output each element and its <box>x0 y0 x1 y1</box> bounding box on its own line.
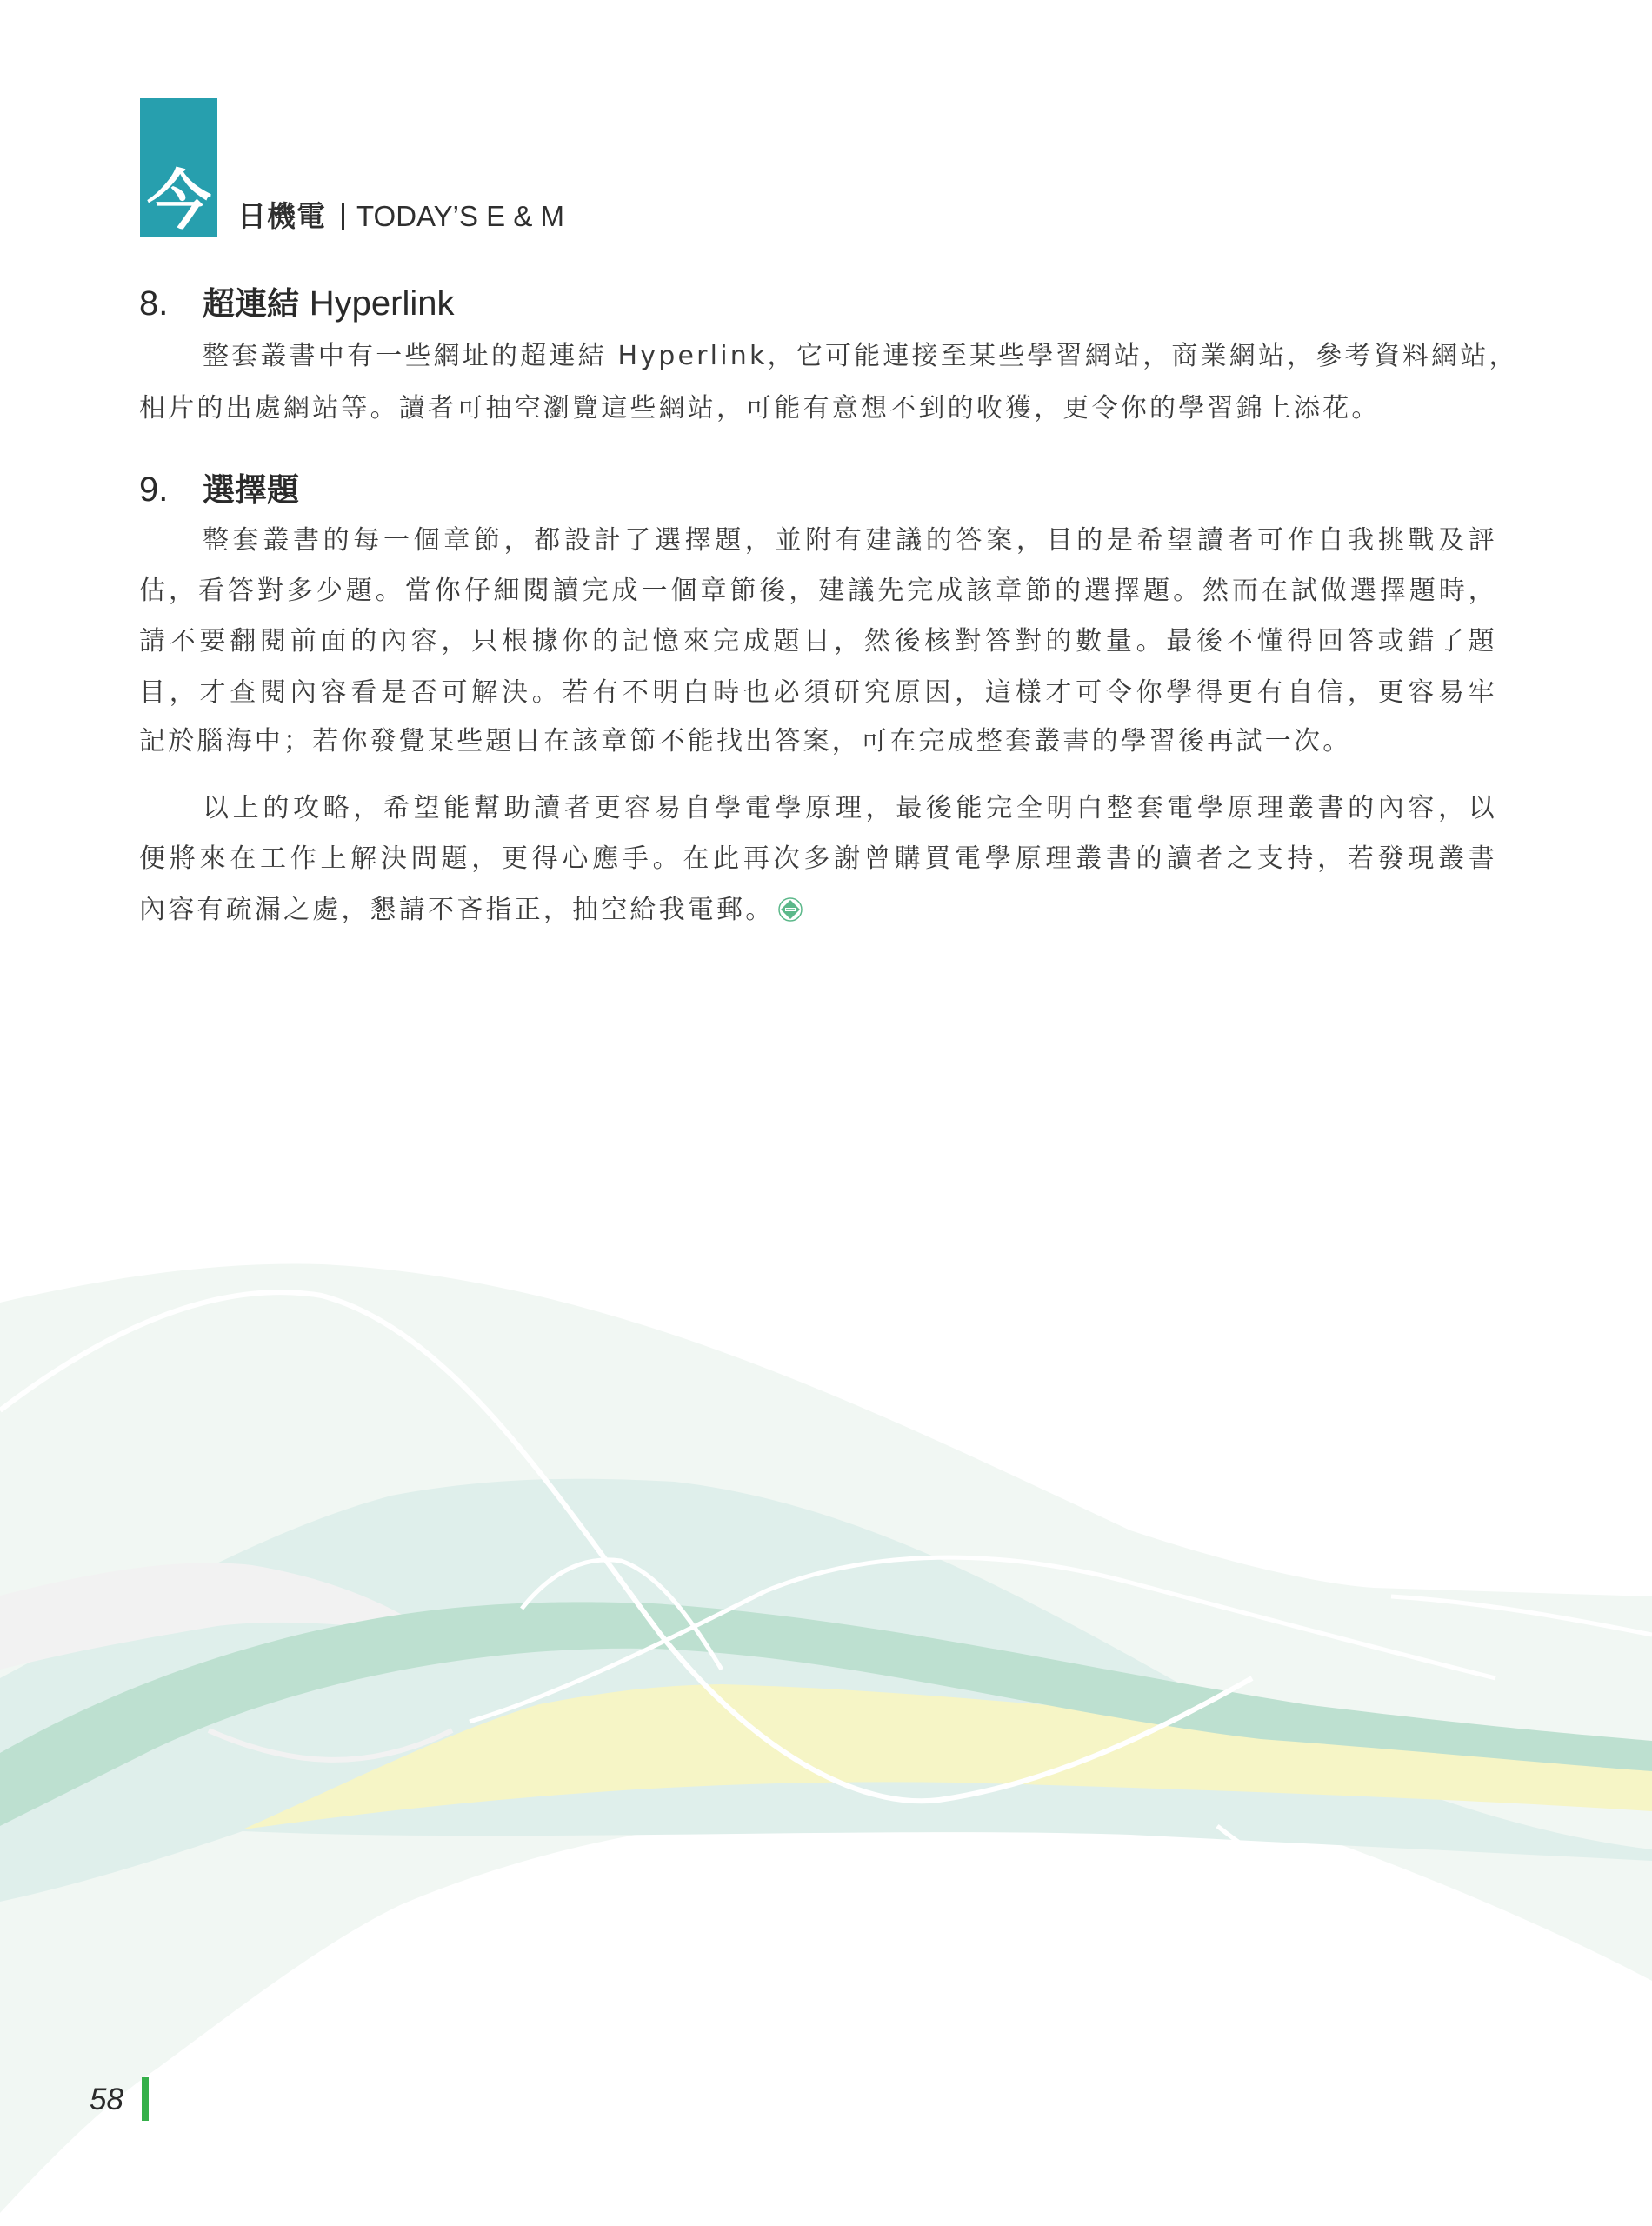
section-number: 8. <box>139 284 203 323</box>
masthead-separator <box>342 203 344 230</box>
page-number: 58 <box>90 2083 123 2116</box>
paragraph-line: 目，才查閱內容看是否可解決。若有不明白時也必須研究原因，這樣才可令你學得更有自信… <box>139 676 1497 710</box>
logo-box: 今 <box>140 98 217 237</box>
section-heading-9: 9.選擇題 <box>139 470 299 510</box>
closing-line: 便將來在工作上解決問題，更得心應手。在此再次多謝曾購買電學原理叢書的讀者之支持，… <box>139 842 1497 876</box>
section-title-en: Hyperlink <box>310 284 455 323</box>
logo-glyph: 今 <box>145 166 213 236</box>
masthead-title-en: TODAY’S E & M <box>356 200 564 232</box>
section-title: 選擇題 <box>203 471 299 509</box>
paragraph-line: 記於腦海中；若你發覺某些題目在該章節不能找出答案，可在完成整套叢書的學習後再試一… <box>139 724 1351 759</box>
background-waves <box>0 0 1652 2226</box>
paragraph-line: 整套叢書中有一些網址的超連結 Hyperlink，它可能連接至某些學習網站，商業… <box>203 339 1497 374</box>
section-heading-8: 8.超連結 Hyperlink <box>139 284 454 323</box>
end-mark-icon <box>777 896 803 923</box>
page-number-accent-bar <box>142 2077 149 2121</box>
closing-line: 以上的攻略，希望能幫助讀者更容易自學電學原理，最後能完全明白整套電學原理叢書的內… <box>203 791 1497 826</box>
closing-text: 內容有疏漏之處，懇請不吝指正，抽空給我電郵。 <box>139 895 774 925</box>
section-title: 超連結 <box>203 285 299 323</box>
section-number: 9. <box>139 470 203 509</box>
paragraph-line: 相片的出處網站等。讀者可抽空瀏覽這些網站，可能有意想不到的收獲，更令你的學習錦上… <box>139 391 1381 426</box>
paragraph-line: 估，看答對多少題。當你仔細閱讀完成一個章節後，建議先完成該章節的選擇題。然而在試… <box>139 574 1497 609</box>
closing-line-last: 內容有疏漏之處，懇請不吝指正，抽空給我電郵。 <box>139 893 803 928</box>
masthead-title: 日機電TODAY’S E & M <box>237 201 564 232</box>
masthead-title-cn: 日機電 <box>237 199 326 233</box>
paragraph-line: 整套叢書的每一個章節，都設計了選擇題，並附有建議的答案，目的是希望讀者可作自我挑… <box>203 523 1497 558</box>
paragraph-line: 請不要翻閱前面的內容，只根據你的記憶來完成題目，然後核對答對的數量。最後不懂得回… <box>139 624 1497 659</box>
